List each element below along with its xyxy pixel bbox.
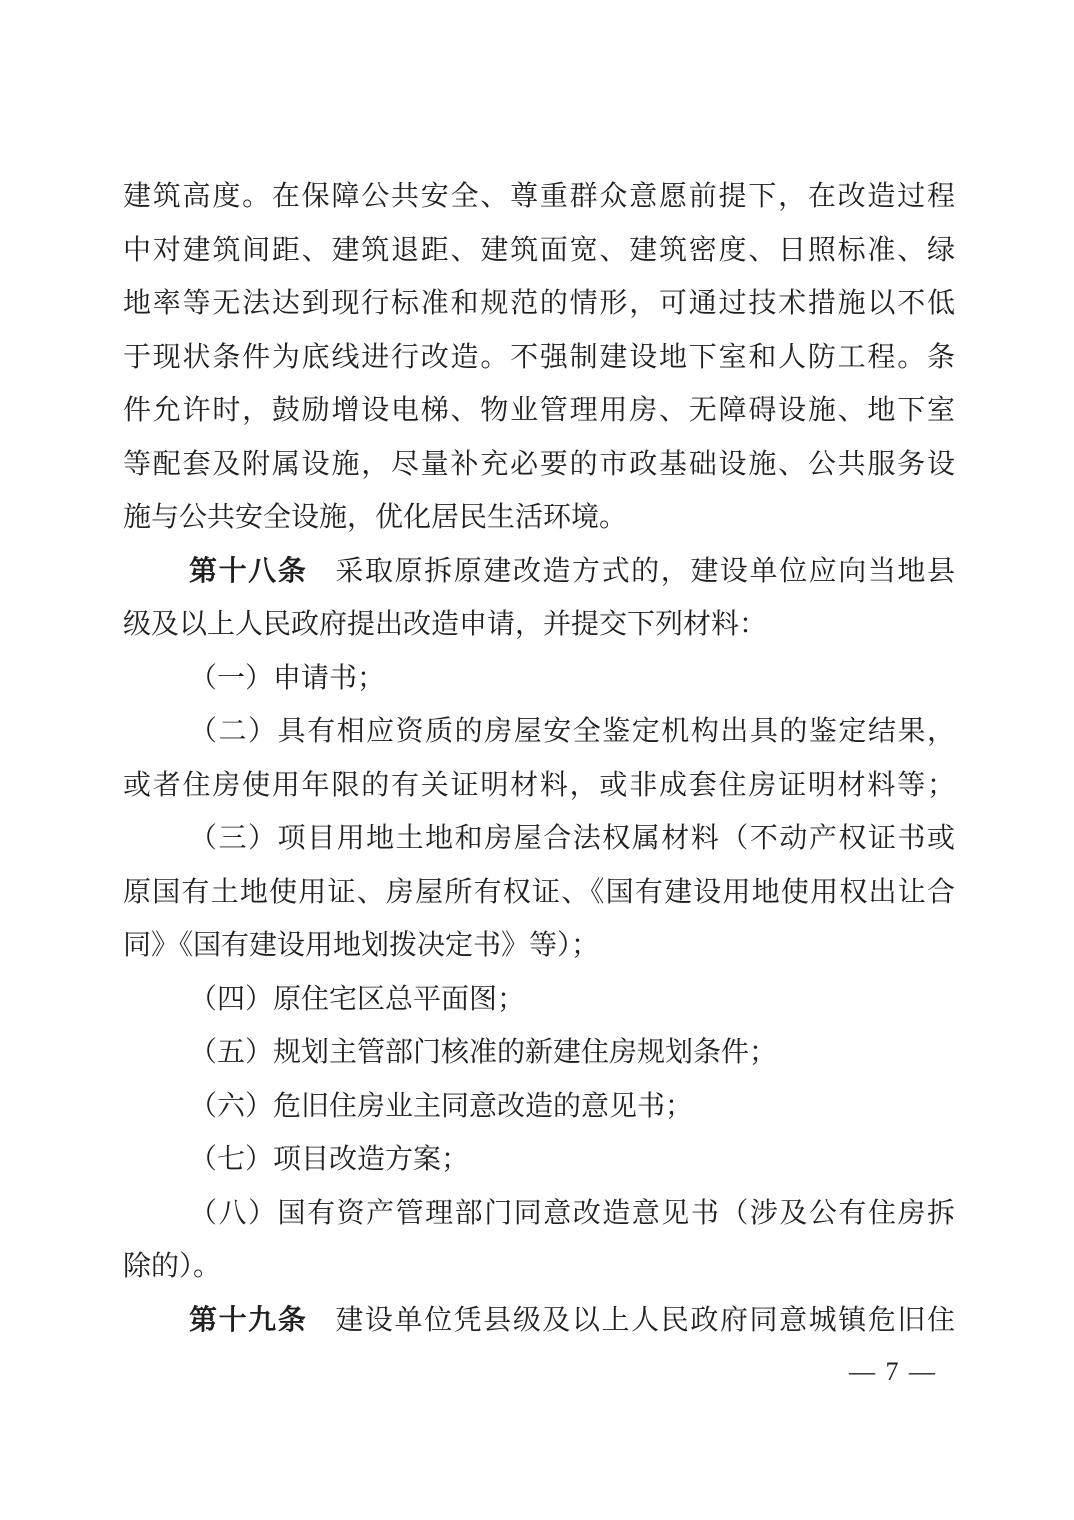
doc-line: 件允许时，鼓励增设电梯、物业管理用房、无障碍设施、地下室 <box>123 384 955 438</box>
article-18-number: 第十八条 <box>189 556 307 587</box>
doc-line: 或者住房使用年限的有关证明材料，或非成套住房证明材料等； <box>123 759 955 813</box>
doc-line: 等配套及附属设施，尽量补充必要的市政基础设施、公共服务设 <box>123 438 955 492</box>
article-19-text: 建设单位凭县级及以上人民政府同意城镇危旧住 <box>335 1305 955 1336</box>
doc-line: 同》《国有建设用地划拨决定书》等）； <box>123 919 955 973</box>
doc-line-item-3: （三）项目用地土地和房屋合法权属材料（不动产权证书或 <box>123 812 955 866</box>
doc-line-item-5: （五）规划主管部门核准的新建住房规划条件； <box>123 1026 955 1080</box>
doc-line-article-19: 第十九条建设单位凭县级及以上人民政府同意城镇危旧住 <box>123 1294 955 1348</box>
article-18-text: 采取原拆原建改造方式的，建设单位应向当地县 <box>335 556 955 587</box>
doc-line: 施与公共安全设施，优化居民生活环境。 <box>123 491 955 545</box>
doc-line-article-18: 第十八条采取原拆原建改造方式的，建设单位应向当地县 <box>123 545 955 599</box>
doc-line: 级及以上人民政府提出改造申请，并提交下列材料： <box>123 598 955 652</box>
article-19-number: 第十九条 <box>189 1305 307 1336</box>
doc-line-item-2: （二）具有相应资质的房屋安全鉴定机构出具的鉴定结果， <box>123 705 955 759</box>
doc-line-item-7: （七）项目改造方案； <box>123 1133 955 1187</box>
doc-line: 地率等无法达到现行标准和规范的情形，可通过技术措施以不低 <box>123 277 955 331</box>
document-page: 建筑高度。在保障公共安全、尊重群众意愿前提下，在改造过程 中对建筑间距、建筑退距… <box>0 0 1074 1520</box>
doc-line-item-1: （一）申请书； <box>123 652 955 706</box>
doc-line: 中对建筑间距、建筑退距、建筑面宽、建筑密度、日照标准、绿 <box>123 224 955 278</box>
doc-line: 原国有土地使用证、房屋所有权证、《国有建设用地使用权出让合 <box>123 866 955 920</box>
document-body: 建筑高度。在保障公共安全、尊重群众意愿前提下，在改造过程 中对建筑间距、建筑退距… <box>123 170 955 1347</box>
doc-line: 除的）。 <box>123 1240 955 1294</box>
doc-line-item-8: （八）国有资产管理部门同意改造意见书（涉及公有住房拆 <box>123 1187 955 1241</box>
doc-line-item-4: （四）原住宅区总平面图； <box>123 973 955 1027</box>
doc-line: 于现状条件为底线进行改造。不强制建设地下室和人防工程。条 <box>123 331 955 385</box>
page-number: — 7 — <box>849 1357 937 1387</box>
doc-line: 建筑高度。在保障公共安全、尊重群众意愿前提下，在改造过程 <box>123 170 955 224</box>
doc-line-item-6: （六）危旧住房业主同意改造的意见书； <box>123 1080 955 1134</box>
